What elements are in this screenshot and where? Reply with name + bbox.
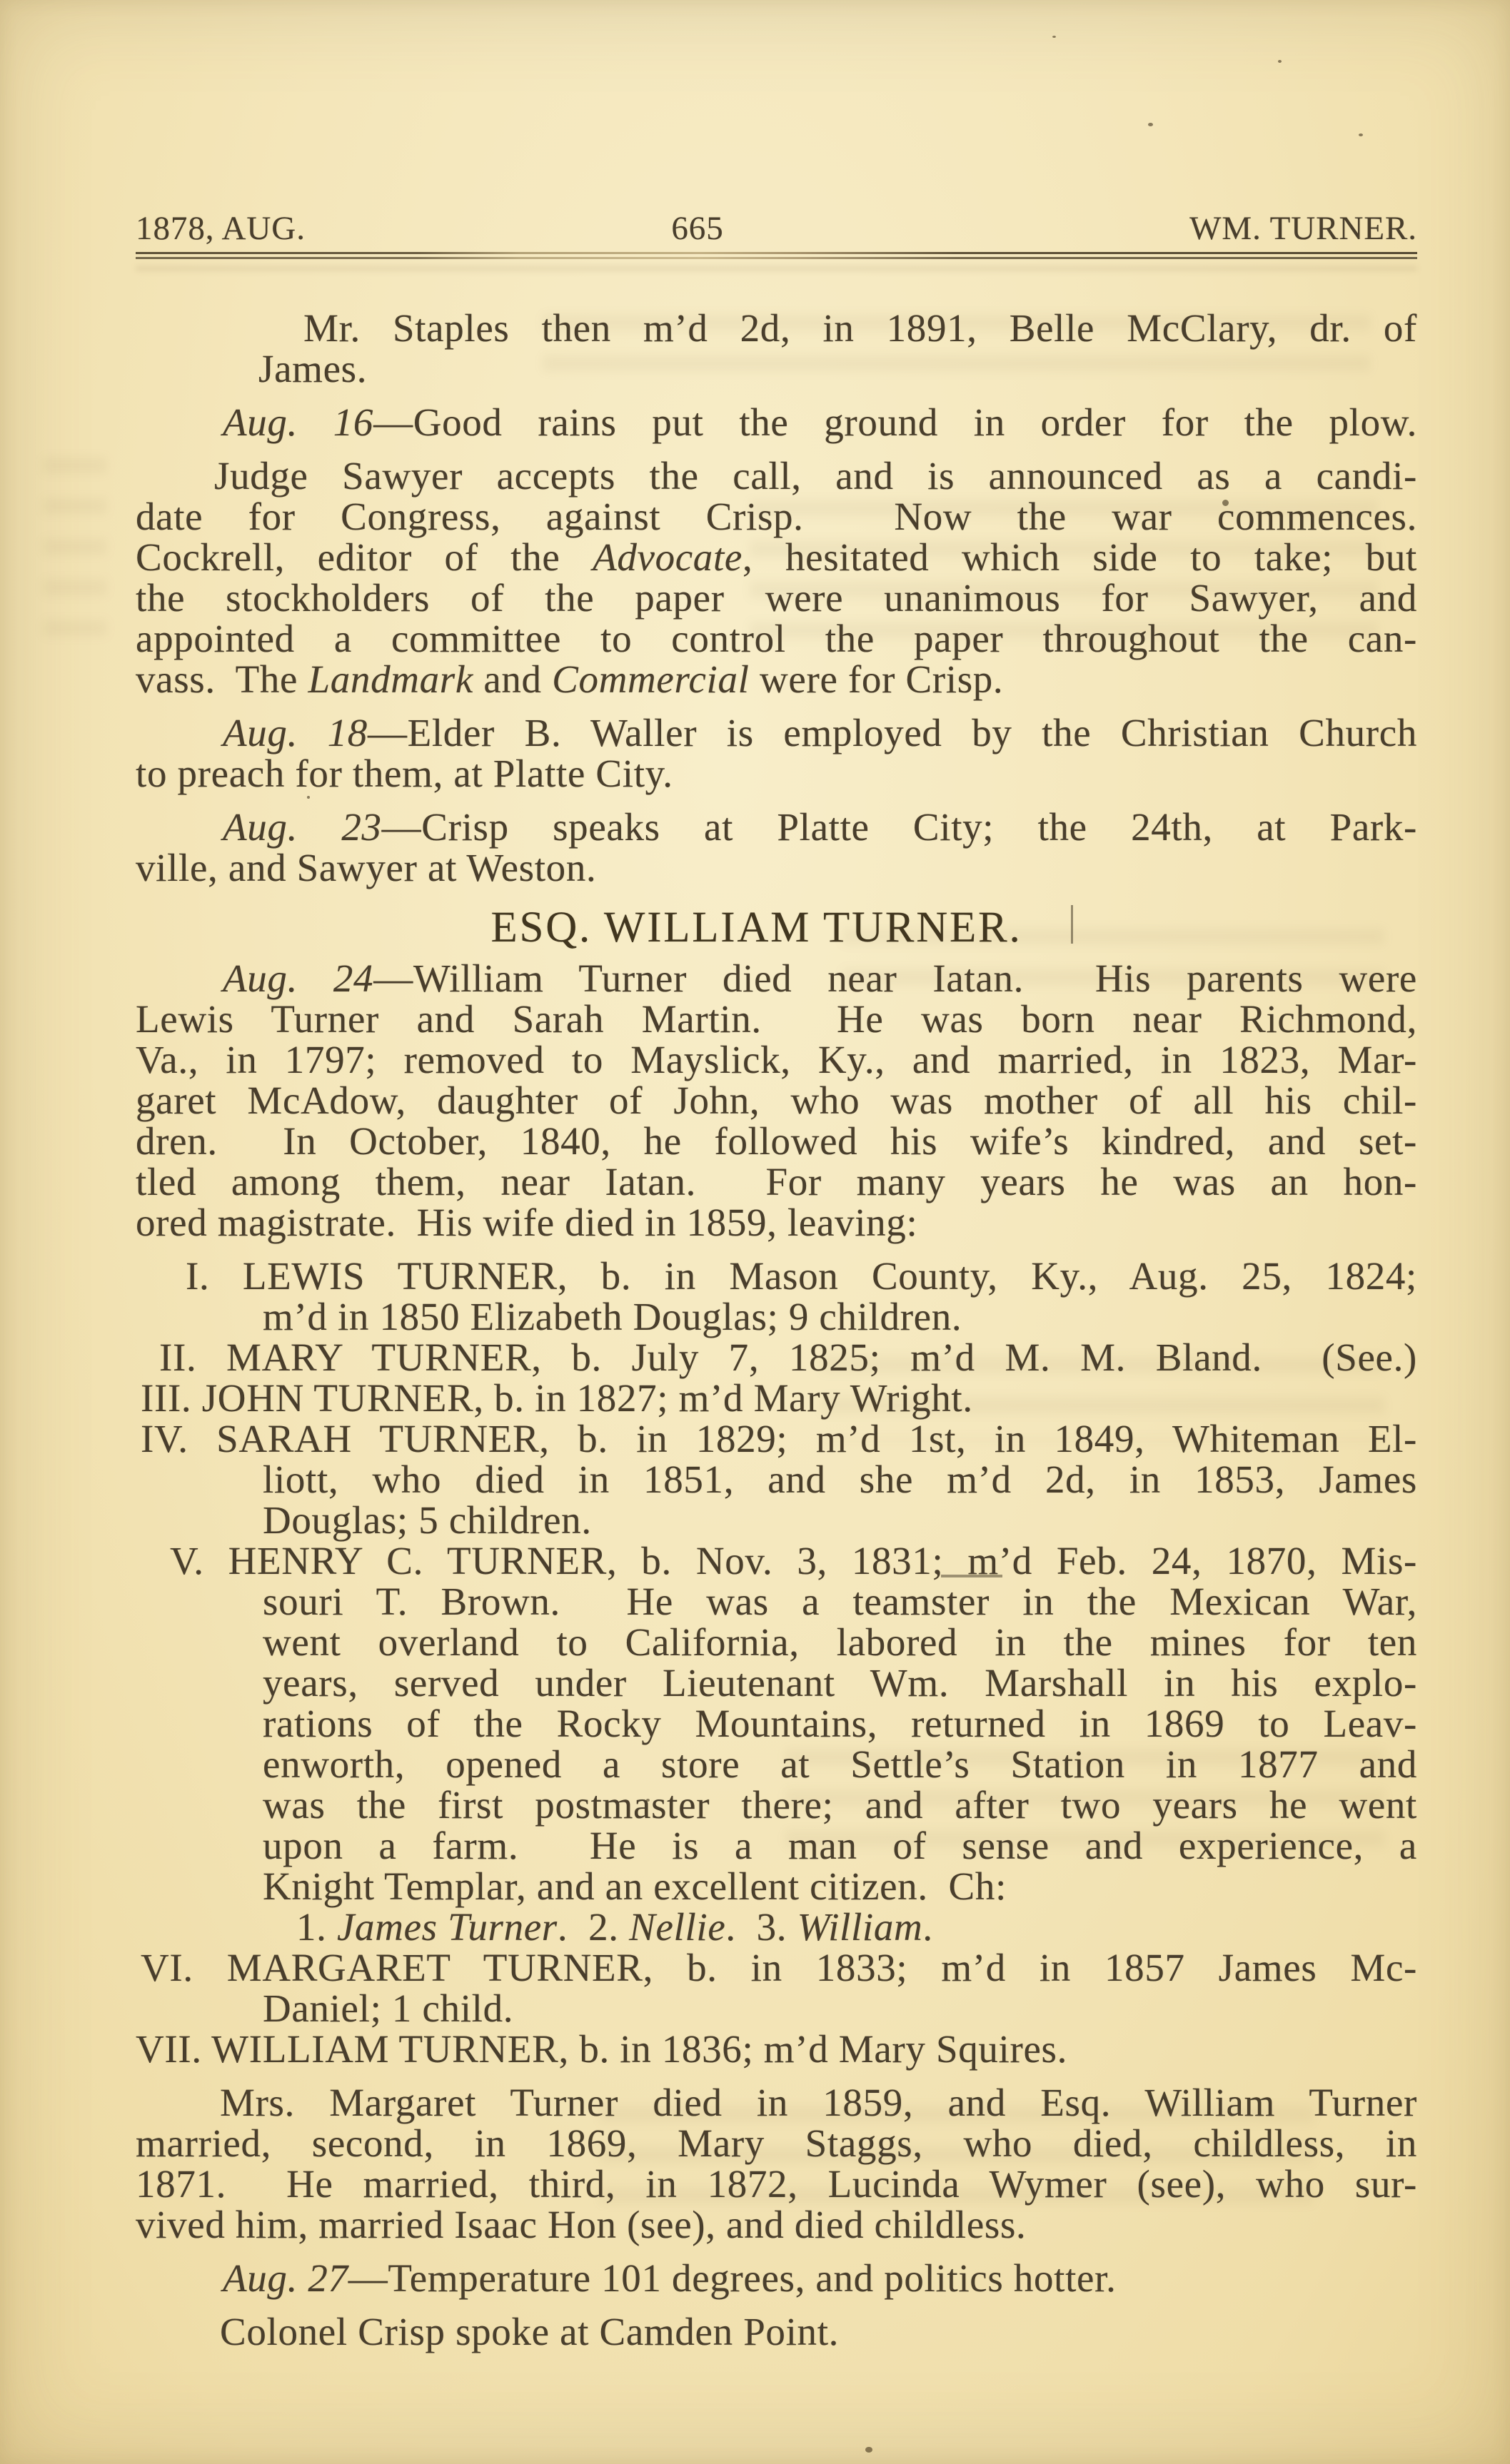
text-segment: Cockrell, editor of the	[136, 535, 593, 579]
italic-text: Nellie	[629, 1905, 725, 1949]
text-segment: years, served under Lieutenant Wm. Marsh…	[263, 1661, 1417, 1705]
text-segment: Douglas; 5 children.	[263, 1498, 592, 1542]
text-segment: Judge Sawyer accepts the call, and is an…	[214, 454, 1417, 498]
genealogy-item: III. JOHN TURNER, b. in 1827; m’d Mary W…	[136, 1378, 1417, 1418]
text-line: Judge Sawyer accepts the call, and is an…	[136, 455, 1417, 496]
text-line: was the first postmaster there; and afte…	[136, 1784, 1417, 1825]
text-segment: James.	[258, 347, 367, 390]
text-segment: —Temperature 101 degrees, and politics h…	[348, 2256, 1117, 2300]
text-line: the stockholders of the paper were unani…	[136, 577, 1417, 618]
text-segment: went overland to California, labored in …	[263, 1620, 1417, 1664]
text-line: to preach for them, at Platte City.	[136, 753, 1417, 794]
text-segment: III. JOHN TURNER, b. in 1827; m’d Mary W…	[141, 1376, 973, 1420]
text-segment: Mrs. Margaret Turner died in 1859, and E…	[220, 2081, 1417, 2124]
text-line: years, served under Lieutenant Wm. Marsh…	[136, 1662, 1417, 1703]
text-line: tled among them, near Iatan. For many ye…	[136, 1161, 1417, 1202]
text-line: garet McAdow, daughter of John, who was …	[136, 1080, 1417, 1121]
text-line: Aug. 27—Temperature 101 degrees, and pol…	[136, 2258, 1417, 2298]
text-line: souri T. Brown. He was a teamster in the…	[136, 1581, 1417, 1622]
text-segment: was the first postmaster there; and afte…	[263, 1783, 1417, 1827]
text-segment: 1871. He married, third, in 1872, Lucind…	[136, 2162, 1417, 2206]
text-line: married, second, in 1869, Mary Staggs, w…	[136, 2123, 1417, 2163]
text-line: 1. James Turner. 2. Nellie. 3. William.	[136, 1907, 1417, 1947]
text-line: IV. SARAH TURNER, b. in 1829; m’d 1st, i…	[136, 1418, 1417, 1459]
text-line: upon a farm. He is a man of sense and ex…	[136, 1825, 1417, 1866]
text-segment: date for Congress, against Crisp. Now th…	[136, 495, 1417, 538]
italic-text: Landmark	[308, 657, 473, 701]
text-line: Aug. 23—Crisp speaks at Platte City; the…	[136, 807, 1417, 847]
text-segment: ored magistrate. His wife died in 1859, …	[136, 1201, 917, 1244]
text-line: appointed a committee to control the pap…	[136, 618, 1417, 659]
text-segment: upon a farm. He is a man of sense and ex…	[263, 1824, 1417, 1867]
text-line: Lewis Turner and Sarah Martin. He was bo…	[136, 999, 1417, 1039]
paragraph: Aug. 24—William Turner died near Iatan. …	[136, 958, 1417, 1243]
text-line: vived him, married Isaac Hon (see), and …	[136, 2204, 1417, 2245]
text-line: Colonel Crisp spoke at Camden Point.	[136, 2311, 1417, 2352]
text-line: II. MARY TURNER, b. July 7, 1825; m’d M.…	[136, 1337, 1417, 1378]
page-content: 1878, AUG. 665 WM. TURNER. Mr. Staples t…	[136, 0, 1417, 2352]
text-line: Mr. Staples then m’d 2d, in 1891, Belle …	[136, 308, 1417, 348]
text-segment: —Good rains put the ground in order for …	[373, 400, 1417, 444]
text-block: Mr. Staples then m’d 2d, in 1891, Belle …	[136, 308, 1417, 2352]
running-header: 1878, AUG. 665 WM. TURNER.	[136, 211, 1417, 246]
paragraph: Mrs. Margaret Turner died in 1859, and E…	[136, 2082, 1417, 2245]
text-segment: the stockholders of the paper were unani…	[136, 576, 1417, 620]
text-line: VI. MARGARET TURNER, b. in 1833; m’d in …	[136, 1947, 1417, 1988]
text-segment: Daniel; 1 child.	[263, 1986, 513, 2030]
text-segment: VI. MARGARET TURNER, b. in 1833; m’d in …	[141, 1946, 1417, 1989]
italic-text: Commercial	[552, 657, 749, 701]
text-line: Aug. 18—Elder B. Waller is employed by t…	[136, 712, 1417, 753]
italic-text: James Turner	[337, 1905, 558, 1949]
text-segment: liott, who died in 1851, and she m’d 2d,…	[263, 1458, 1417, 1501]
header-rule	[136, 252, 1417, 261]
genealogy-item: V. HENRY C. TURNER, b. Nov. 3, 1831; m’d…	[136, 1540, 1417, 1947]
text-segment: II. MARY TURNER, b. July 7, 1825; m’d M.…	[159, 1335, 1417, 1379]
text-segment: tled among them, near Iatan. For many ye…	[136, 1160, 1417, 1203]
italic-text: Advocate	[593, 535, 743, 579]
paragraph: Mr. Staples then m’d 2d, in 1891, Belle …	[136, 308, 1417, 389]
text-segment: IV. SARAH TURNER, b. in 1829; m’d 1st, i…	[141, 1417, 1417, 1460]
text-line: liott, who died in 1851, and she m’d 2d,…	[136, 1459, 1417, 1500]
book-page: 1878, AUG. 665 WM. TURNER. Mr. Staples t…	[0, 0, 1510, 2464]
text-line: Daniel; 1 child.	[136, 1988, 1417, 2029]
text-line: rations of the Rocky Mountains, returned…	[136, 1703, 1417, 1744]
text-line: I. LEWIS TURNER, b. in Mason County, Ky.…	[136, 1256, 1417, 1296]
text-segment: Knight Templar, and an excellent citizen…	[263, 1864, 1007, 1908]
text-segment: . 2.	[558, 1905, 629, 1949]
text-segment: vived him, married Isaac Hon (see), and …	[136, 2203, 1026, 2246]
genealogy-item: I. LEWIS TURNER, b. in Mason County, Ky.…	[136, 1256, 1417, 1337]
text-line: Cockrell, editor of the Advocate, hesita…	[136, 537, 1417, 577]
paragraph: Aug. 16—Good rains put the ground in ord…	[136, 402, 1417, 443]
text-line: ville, and Sawyer at Weston.	[136, 847, 1417, 888]
text-segment: enworth, opened a store at Settle’s Stat…	[263, 1742, 1417, 1786]
text-line: Knight Templar, and an excellent citizen…	[136, 1866, 1417, 1907]
genealogy-item: VII. WILLIAM TURNER, b. in 1836; m’d Mar…	[136, 2029, 1417, 2069]
text-line: date for Congress, against Crisp. Now th…	[136, 496, 1417, 537]
italic-text: Aug. 23	[223, 805, 382, 849]
text-segment: I. LEWIS TURNER, b. in Mason County, Ky.…	[186, 1254, 1417, 1298]
text-line: ored magistrate. His wife died in 1859, …	[136, 1202, 1417, 1243]
text-line: m’d in 1850 Elizabeth Douglas; 9 childre…	[136, 1296, 1417, 1337]
text-segment: Mr. Staples then m’d 2d, in 1891, Belle …	[303, 306, 1417, 350]
header-rule-bottom	[136, 257, 1417, 259]
text-line: dren. In October, 1840, he followed his …	[136, 1121, 1417, 1161]
text-line: James.	[136, 348, 1417, 389]
paragraph: Aug. 18—Elder B. Waller is employed by t…	[136, 712, 1417, 794]
genealogy-item: IV. SARAH TURNER, b. in 1829; m’d 1st, i…	[136, 1418, 1417, 1540]
italic-text: Aug. 18	[223, 711, 368, 754]
text-segment: were for Crisp.	[750, 657, 1004, 701]
text-segment: —Elder B. Waller is employed by the Chri…	[368, 711, 1417, 754]
show-through	[43, 457, 107, 642]
text-segment: .	[922, 1905, 932, 1949]
text-line: went overland to California, labored in …	[136, 1622, 1417, 1662]
text-segment: Lewis Turner and Sarah Martin. He was bo…	[136, 997, 1417, 1041]
text-line: 1871. He married, third, in 1872, Lucind…	[136, 2163, 1417, 2204]
paragraph: Judge Sawyer accepts the call, and is an…	[136, 455, 1417, 700]
text-segment: —Crisp speaks at Platte City; the 24th, …	[382, 805, 1417, 849]
text-segment: rations of the Rocky Mountains, returned…	[263, 1702, 1417, 1745]
paragraph: Aug. 27—Temperature 101 degrees, and pol…	[136, 2258, 1417, 2298]
text-line: Mrs. Margaret Turner died in 1859, and E…	[136, 2082, 1417, 2123]
text-line: enworth, opened a store at Settle’s Stat…	[136, 1744, 1417, 1784]
text-line: Va., in 1797; removed to Mayslick, Ky., …	[136, 1039, 1417, 1080]
italic-text: William	[797, 1905, 923, 1949]
text-segment: souri T. Brown. He was a teamster in the…	[263, 1580, 1417, 1623]
text-segment: appointed a committee to control the pap…	[136, 617, 1417, 660]
italic-text: Aug. 27	[223, 2256, 348, 2300]
header-date: 1878, AUG.	[136, 211, 306, 246]
text-segment: and	[473, 657, 552, 701]
paragraph: Aug. 23—Crisp speaks at Platte City; the…	[136, 807, 1417, 888]
text-line: vass. The Landmark and Commercial were f…	[136, 659, 1417, 700]
text-segment: m’d in 1850 Elizabeth Douglas; 9 childre…	[263, 1295, 962, 1338]
header-name: WM. TURNER.	[1189, 211, 1417, 246]
text-segment: ville, and Sawyer at Weston.	[136, 846, 596, 889]
text-segment: , hesitated which side to take; but	[743, 535, 1417, 579]
text-segment: Va., in 1797; removed to Mayslick, Ky., …	[136, 1038, 1417, 1081]
text-segment: . 3.	[725, 1905, 797, 1949]
ink-speck	[865, 2447, 872, 2453]
text-line: III. JOHN TURNER, b. in 1827; m’d Mary W…	[136, 1378, 1417, 1418]
text-segment: garet McAdow, daughter of John, who was …	[136, 1079, 1417, 1122]
text-segment: dren. In October, 1840, he followed his …	[136, 1119, 1417, 1163]
text-segment: VII. WILLIAM TURNER, b. in 1836; m’d Mar…	[136, 2027, 1067, 2071]
text-segment: Colonel Crisp spoke at Camden Point.	[220, 2310, 839, 2353]
header-rule-top	[136, 252, 1417, 254]
section-heading: ESQ. WILLIAM TURNER.	[116, 904, 1397, 952]
text-segment: V. HENRY C. TURNER, b. Nov. 3, 1831; m’d…	[170, 1539, 1417, 1582]
italic-text: Aug. 24	[223, 956, 373, 1000]
text-segment: vass. The	[136, 657, 308, 701]
text-segment: to preach for them, at Platte City.	[136, 752, 673, 795]
paragraph: Colonel Crisp spoke at Camden Point.	[136, 2311, 1417, 2352]
genealogy-item: II. MARY TURNER, b. July 7, 1825; m’d M.…	[136, 1337, 1417, 1378]
text-segment: —William Turner died near Iatan. His par…	[373, 956, 1417, 1000]
text-segment: married, second, in 1869, Mary Staggs, w…	[136, 2121, 1417, 2165]
page-number: 665	[671, 211, 723, 246]
genealogy-item: VI. MARGARET TURNER, b. in 1833; m’d in …	[136, 1947, 1417, 2029]
text-line: Aug. 24—William Turner died near Iatan. …	[136, 958, 1417, 999]
text-line: Douglas; 5 children.	[136, 1500, 1417, 1540]
italic-text: Aug. 16	[223, 400, 373, 444]
text-line: Aug. 16—Good rains put the ground in ord…	[136, 402, 1417, 443]
text-line: V. HENRY C. TURNER, b. Nov. 3, 1831; m’d…	[136, 1540, 1417, 1581]
text-segment: 1.	[296, 1905, 337, 1949]
text-line: VII. WILLIAM TURNER, b. in 1836; m’d Mar…	[136, 2029, 1417, 2069]
